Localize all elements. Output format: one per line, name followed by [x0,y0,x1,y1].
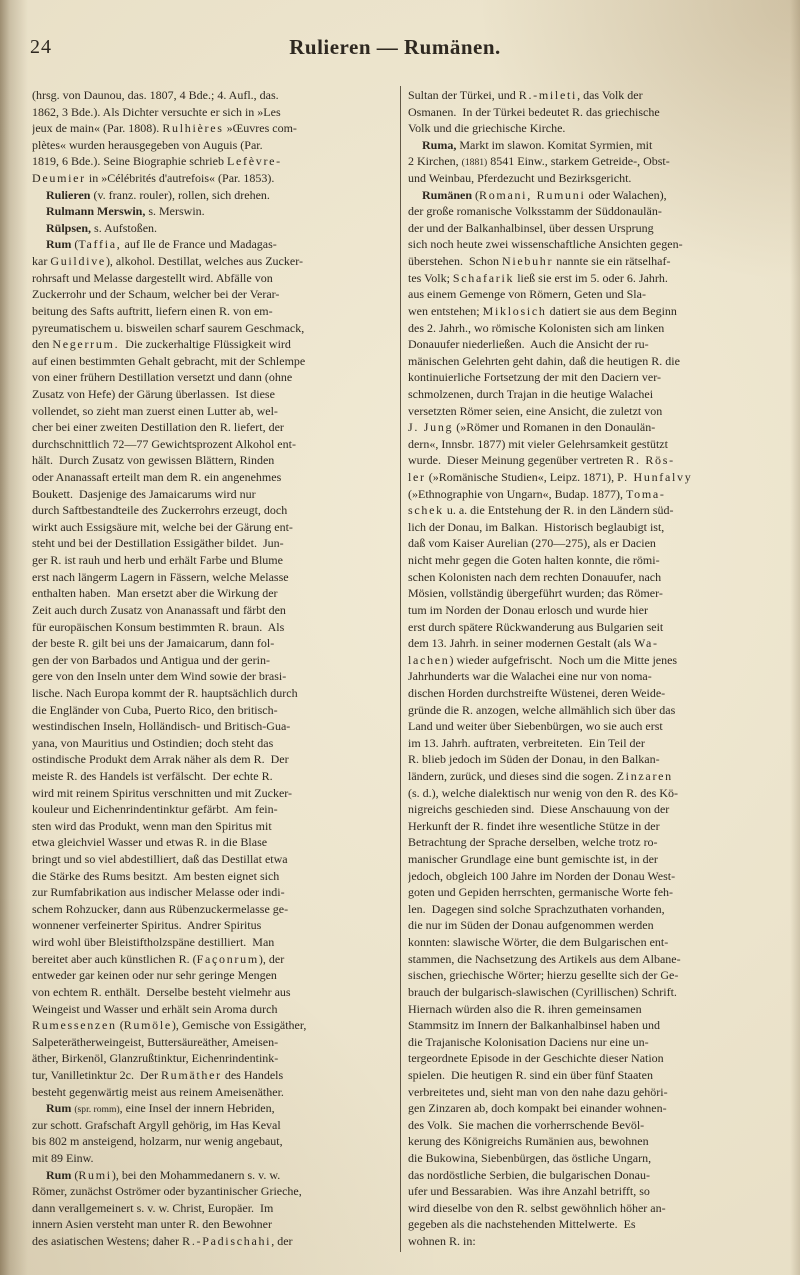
text-segment: schen Kolonisten nach dem rechten Donauu… [408,570,661,584]
text-line: von echtem R. enthält. Derselbe besteht … [32,984,398,1001]
text-line: der große romanische Volksstamm der Südd… [408,203,778,220]
text-segment: Die zuckerhaltige Flüssigkeit wird [119,337,291,351]
text-line: kerung des Königreichs Rumänien aus, bew… [408,1133,778,1150]
text-line: stammen, die Nachsetzung des Artikels au… [408,951,778,968]
text-segment: nigreichs geschieden sind. Diese Anschau… [408,802,669,816]
text-segment: ( [117,1018,124,1032]
text-segment: R. blieb jedoch im Süden der Donau, in d… [408,752,660,766]
text-segment: Volk und die griechische Kirche. [408,121,565,135]
text-segment: nicht mehr gegen die Goten halten konnte… [408,553,660,567]
text-segment: , das Volk der [577,88,643,102]
text-segment: vollendet, so zieht man zuerst einen Lut… [32,404,278,418]
text-line: nigreichs geschieden sind. Diese Anschau… [408,801,778,818]
text-segment: schem Rohzucker, dann aus Rübenzuckermel… [32,902,288,916]
text-line: Römer, zunächst Oströmer oder byzantinis… [32,1183,398,1200]
text-segment: oder Ananassaft erteilt man dem R. ein a… [32,470,281,484]
text-segment: J. Jung [408,420,453,434]
text-segment: gen Zinzaren ab, doch kompakt bei einand… [408,1101,667,1115]
text-line: wurde. Dieser Meinung gegenüber vertrete… [408,452,778,469]
text-line: im 13. Jahrh. auftraten, verbreiteten. E… [408,735,778,752]
text-line: besteht gegenwärtig meist aus reinem Ame… [32,1084,398,1101]
text-segment: für europäischen Konsum bestimmten R. br… [32,620,284,634]
text-segment: u. a. die Entstehung der R. in den Lände… [444,503,674,517]
text-line: manischer Grundlage eine bunt gemischte … [408,851,778,868]
text-segment: len. Dagegen sind solche Sprachzuthaten … [408,902,665,916]
text-line: Zuckerrohr und der Schaum, welcher bei d… [32,286,398,303]
text-segment: oder Walachen), [586,188,667,202]
text-segment: Rum [46,1101,71,1115]
text-line: Land und weiter über Siebenbürgen, wo si… [408,718,778,735]
text-line: die Bukowina, Siebenbürgen, das östliche… [408,1150,778,1167]
text-line: Jahrhunderts war die Walachei eine nur v… [408,668,778,685]
text-segment: wen entstehen; [408,304,483,318]
text-segment: Guildive [50,254,106,268]
text-line: gen der von Barbados und Antigua und der… [32,652,398,669]
text-segment: Boukett. Dasjenige des Jamaicarums wird … [32,487,256,501]
text-segment: schek [408,503,444,517]
text-segment: entweder gar keinen oder nur sehr gering… [32,968,277,982]
text-line: und Weinbau, Pferdezucht und Bezirksgeri… [408,170,778,187]
text-segment: versetzten Römer seien, eine Ansicht, di… [408,404,662,418]
text-line: der und der Balkanhalbinsel, über dessen… [408,220,778,237]
text-line: des Volk. Sie machen die vorherrschende … [408,1117,778,1134]
text-line: Weingeist und Wasser und erhält sein Aro… [32,1001,398,1018]
text-line: Zeit auch durch Zusatz von Ananassaft un… [32,602,398,619]
text-segment: ), Gemische von Essigäther, [172,1018,306,1032]
text-segment: Façonrum [197,952,259,966]
text-segment: konnten: slawische Wörter, die dem Bulga… [408,935,668,949]
text-segment: (»Romänische Studien«, Leipz. 1871), [426,470,617,484]
text-segment: innern Asien versteht man unter R. den B… [32,1217,272,1231]
text-segment: die Bukowina, Siebenbürgen, das östliche… [408,1151,651,1165]
text-segment: R.-Padischahi [182,1234,271,1248]
text-line: kar Guildive), alkohol. Destillat, welch… [32,253,398,270]
text-line: den Negerrum. Die zuckerhaltige Flüssigk… [32,336,398,353]
text-segment: Rumänen [422,188,472,202]
text-line: gere von den Inseln unter dem Wind sowie… [32,668,398,685]
text-segment: Stammsitz im Innern der Balkanhalbinsel … [408,1018,660,1032]
text-line: pyreumatischem u. bisweilen scharf saure… [32,320,398,337]
text-line: dem 13. Jahrh. in seiner modernen Gestal… [408,635,778,652]
text-line: J. Jung (»Römer und Romanen in den Donau… [408,419,778,436]
text-segment: wird wohl über Bleistiftholzspäne destil… [32,935,274,949]
text-segment: Zuckerrohr und der Schaum, welcher bei d… [32,287,279,301]
text-segment: lich der Donau, im Balkan. Historisch be… [408,520,664,534]
text-line: (s. d.), welche dialektisch nur wenig vo… [408,785,778,802]
text-segment: (»Ethnographie von Ungarn«, Budap. 1877)… [408,487,626,501]
text-segment: des asiatischen Westens; daher [32,1234,182,1248]
text-line: R. blieb jedoch im Süden der Donau, in d… [408,751,778,768]
text-segment: und Weinbau, Pferdezucht und Bezirksgeri… [408,171,631,185]
text-segment: ländern, zurück, und dieses sind die sog… [408,769,617,783]
text-segment: erst durch spätere Rückwanderung aus Bul… [408,620,663,634]
text-segment: Taffia, [78,237,121,251]
text-segment: zur schott. Grafschaft Argyll gehörig, i… [32,1118,281,1132]
text-segment: bis 802 m ansteigend, holzarm, nur wenig… [32,1134,283,1148]
text-segment: im 13. Jahrh. auftraten, verbreiteten. E… [408,736,645,750]
text-line: oder Ananassaft erteilt man dem R. ein a… [32,469,398,486]
text-segment: (»Römer und Romanen in den Donaulän- [453,420,655,434]
text-line: etwa gleichviel Wasser und etwas R. in d… [32,834,398,851]
text-line: schem Rohzucker, dann aus Rübenzuckermel… [32,901,398,918]
text-segment: Lefèvre- [227,154,282,168]
text-line: vollendet, so zieht man zuerst einen Lut… [32,403,398,420]
text-line: (»Ethnographie von Ungarn«, Budap. 1877)… [408,486,778,503]
text-segment: Römer, zunächst Oströmer oder byzantinis… [32,1184,302,1198]
text-segment: Weingeist und Wasser und erhält sein Aro… [32,1002,277,1016]
text-segment: Rulieren [46,188,90,202]
text-line: Zusatz von Hefe) der Gärung überlassen. … [32,386,398,403]
text-line: versetzten Römer seien, eine Ansicht, di… [408,403,778,420]
text-line: verbreitetes und, sieht man von den nahe… [408,1084,778,1101]
text-line: sischen, griechische Wörter; hierzu gese… [408,967,778,984]
text-segment: Niebuhr [502,254,553,268]
text-line: schek u. a. die Entstehung der R. in den… [408,502,778,519]
text-segment: tes Volk; [408,271,453,285]
text-segment: dischen Horden durchstreifte Wüstenei, d… [408,686,665,700]
text-segment: wird dieselbe von den R. selbst gewöhnli… [408,1201,666,1215]
text-segment: durch Saftbestandteile des Zuckerrohrs e… [32,503,287,517]
text-line: Hiernach würden also die R. ihren gemein… [408,1001,778,1018]
text-segment: ( [472,188,479,202]
text-line: sich noch heute zwei wissenschaftliche A… [408,236,778,253]
text-line: Volk und die griechische Kirche. [408,120,778,137]
text-segment: auf einen bestimmten Gehalt gebracht, mi… [32,354,305,368]
text-line: spielen. Die heutigen R. sind ein über f… [408,1067,778,1084]
text-segment: der und der Balkanhalbinsel, über dessen… [408,221,654,235]
text-line: Deumier in »Célébrités d'autrefois« (Par… [32,170,398,187]
text-segment: (v. franz. rouler), rollen, sich drehen. [90,188,269,202]
text-line: gen Zinzaren ab, doch kompakt bei einand… [408,1100,778,1117]
text-segment: Rum [46,237,71,251]
text-segment: kontinuierliche Fortsetzung der mit den … [408,370,661,384]
text-segment: den [32,337,52,351]
text-segment: bereitet aber auch künstlichen R. ( [32,952,197,966]
text-line: Rum (Taffia, auf Ile de France und Madag… [32,236,398,253]
text-line: Stammsitz im Innern der Balkanhalbinsel … [408,1017,778,1034]
text-line: Sultan der Türkei, und R.-mileti, das Vo… [408,87,778,104]
text-segment: tum im Norden der Donau erlosch und wurd… [408,603,648,617]
text-line: Rulmann Merswin, s. Merswin. [32,203,398,220]
text-line: westindischen Inseln, Holländisch- und B… [32,718,398,735]
text-segment: Zinzaren [617,769,673,783]
text-line: aus einem Gemenge von Römern, Geten und … [408,286,778,303]
text-segment: enthalten haben. Man ersetzt aber die Wi… [32,586,278,600]
running-title: Rulieren — Rumänen. [0,35,790,60]
text-segment: , eine Insel der innern Hebriden, [120,1101,275,1115]
text-segment: erst nach längerm Lagern in Fässern, wel… [32,570,289,584]
text-segment: wonnener verfeinerter Spiritus. Andrer S… [32,918,261,932]
text-line: Rulieren (v. franz. rouler), rollen, sic… [32,187,398,204]
text-line: ler (»Romänische Studien«, Leipz. 1871),… [408,469,778,486]
text-segment: sten wird das Produkt, wenn man den Spir… [32,819,272,833]
text-segment: gegeben als die nachstehenden Mittelwert… [408,1217,636,1231]
text-segment: Herkunft der R. findet ihre wesentliche … [408,819,660,833]
text-line: plètes« wurden herausgegeben von Auguis … [32,137,398,154]
text-line: wird dieselbe von den R. selbst gewöhnli… [408,1200,778,1217]
text-segment: Land und weiter über Siebenbürgen, wo si… [408,719,663,733]
text-segment: daß vom Kaiser Aurelian (270—275), als e… [408,536,656,550]
text-line: entweder gar keinen oder nur sehr gering… [32,967,398,984]
text-segment: überstehen. Schon [408,254,502,268]
text-segment: mänischen Gelehrten geht dahin, daß die … [408,354,680,368]
text-line: ger R. ist rauh und herb und erhält Farb… [32,552,398,569]
text-segment: ger R. ist rauh und herb und erhält Farb… [32,553,283,567]
text-segment: der beste R. gilt bei uns der Jamaicarum… [32,636,274,650]
text-line: Boukett. Dasjenige des Jamaicarums wird … [32,486,398,503]
text-segment: (s. d.), welche dialektisch nur wenig vo… [408,786,678,800]
text-segment: wirkt auch Essigsäure mit, welche bei de… [32,520,293,534]
text-segment: Markt im slawon. Komitat Syrmien, mit [456,138,652,152]
text-line: Ruma, Markt im slawon. Komitat Syrmien, … [408,137,778,154]
text-segment: von echtem R. enthält. Derselbe besteht … [32,985,291,999]
text-segment: Rumi [78,1168,111,1182]
text-line: nicht mehr gegen die Goten halten konnte… [408,552,778,569]
text-line: rohrsaft und Melasse dargestellt wird. A… [32,270,398,287]
text-line: yana, von Mauritius und Ostindien; doch … [32,735,398,752]
text-segment: die Engländer von Cuba, Puerto Rico, den… [32,703,278,717]
text-line: dern«, Innsbr. 1877) mit vieler Gelehrsa… [408,436,778,453]
text-segment: kerung des Königreichs Rumänien aus, bew… [408,1134,649,1148]
text-line: wird mit reinem Spiritus verschnitten un… [32,785,398,802]
text-line: brauch der bulgarisch-slawischen (Cyrill… [408,984,778,1001]
text-line: wirkt auch Essigsäure mit, welche bei de… [32,519,398,536]
text-segment: plètes« wurden herausgegeben von Auguis … [32,138,263,152]
text-segment: des 2. Jahrh., wo römische Kolonisten si… [408,321,664,335]
text-line: Betrachtung der Sprache derselben, welch… [408,834,778,851]
text-line: beitung des Safts auftritt, liefern eine… [32,303,398,320]
text-line: von einer frühern Destillation versetzt … [32,369,398,386]
text-segment: äther, Birkenöl, Glanzrußtinktur, Eichen… [32,1051,278,1065]
text-line: hält. Durch Zusatz von gewissen Blättern… [32,452,398,469]
text-segment: dem 13. Jahrh. in seiner modernen Gestal… [408,636,634,650]
text-segment: der große romanische Volksstamm der Südd… [408,204,662,218]
text-line: Rumessenzen (Rumöle), Gemische von Essig… [32,1017,398,1034]
text-segment: verbreitetes und, sieht man von den nahe… [408,1085,668,1099]
text-line: auf einen bestimmten Gehalt gebracht, mi… [32,353,398,370]
text-segment: Rumöle [124,1018,172,1032]
text-segment: des Volk. Sie machen die vorherrschende … [408,1118,644,1132]
text-segment: ließ sie erst im 5. oder 6. Jahrh. [514,271,668,285]
text-line: Rülpsen, s. Aufstoßen. [32,220,398,237]
text-line: Osmanen. In der Türkei bedeutet R. das g… [408,104,778,121]
text-line: innern Asien versteht man unter R. den B… [32,1216,398,1233]
text-line: bis 802 m ansteigend, holzarm, nur wenig… [32,1133,398,1150]
text-segment: mit 89 Einw. [32,1151,94,1165]
text-segment: ufer und Bessarabien. Was ihre Anzahl be… [408,1184,650,1198]
text-line: 1819, 6 Bde.). Seine Biographie schrieb … [32,153,398,170]
text-line: schen Kolonisten nach dem rechten Donauu… [408,569,778,586]
text-segment: ) wieder aufgefrischt. Noch um die Mitte… [450,653,678,667]
text-line: Donauufer niederließen. Auch die Ansicht… [408,336,778,353]
text-segment: rohrsaft und Melasse dargestellt wird. A… [32,271,273,285]
text-segment: beitung des Safts auftritt, liefern eine… [32,304,273,318]
text-line: durchschnittlich 72—77 Gewichtsprozent A… [32,436,398,453]
text-segment: die nur im Süden der Donau aufgenommen w… [408,918,654,932]
text-line: wird wohl über Bleistiftholzspäne destil… [32,934,398,951]
text-segment: s. Aufstoßen. [91,221,157,235]
text-line: wonnener verfeinerter Spiritus. Andrer S… [32,917,398,934]
text-segment: dern«, Innsbr. 1877) mit vieler Gelehrsa… [408,437,668,451]
text-segment: gere von den Inseln unter dem Wind sowie… [32,669,286,683]
text-segment: Rumäther [161,1068,222,1082]
text-segment: sich noch heute zwei wissenschaftliche A… [408,237,683,251]
text-line: (hrsg. von Daunou, das. 1807, 4 Bde.; 4.… [32,87,398,104]
text-segment: besteht gegenwärtig meist aus reinem Ame… [32,1085,284,1099]
text-segment: s. Merswin. [145,204,204,218]
text-line: die Stärke des Rums besitzt. Am besten e… [32,868,398,885]
text-line: Rumänen (Romani, Rumuni oder Walachen), [408,187,778,204]
text-line: durch Saftbestandteile des Zuckerrohrs e… [32,502,398,519]
text-segment: westindischen Inseln, Holländisch- und B… [32,719,290,733]
text-segment: hält. Durch Zusatz von gewissen Blättern… [32,453,274,467]
text-segment: lische. Nach Europa kommt der R. hauptsä… [32,686,298,700]
text-line: des asiatischen Westens; daher R.-Padisc… [32,1233,398,1250]
right-column: Sultan der Türkei, und R.-mileti, das Vo… [408,87,778,1250]
text-segment: wird mit reinem Spiritus verschnitten un… [32,786,292,800]
text-segment: ), bei den Mohammedanern s. v. w. [112,1168,280,1182]
text-segment: Betrachtung der Sprache derselben, welch… [408,835,658,849]
text-segment: 2 Kirchen, [408,154,462,168]
text-segment: Salpeterätherweingeist, Buttersäureäther… [32,1035,278,1049]
text-segment: die Stärke des Rums besitzt. Am besten e… [32,869,279,883]
text-segment: datiert sie aus dem Beginn [547,304,677,318]
text-line: daß vom Kaiser Aurelian (270—275), als e… [408,535,778,552]
text-segment: von einer frühern Destillation versetzt … [32,370,292,384]
text-segment: P. Hunfalvy [617,470,692,484]
text-segment: bringt und so viel abdestilliert, daß da… [32,852,288,866]
text-line: Herkunft der R. findet ihre wesentliche … [408,818,778,835]
text-line: 1862, 3 Bde.). Als Dichter versuchte er … [32,104,398,121]
text-line: ostindische Produkt dem Arrak näher als … [32,751,398,768]
text-segment: Romani, Rumuni [479,188,585,202]
text-segment: auf Ile de France und Madagas- [122,237,277,251]
text-segment: dann verallgemeinert s. v. w. Christ, Eu… [32,1201,273,1215]
text-line: kouleur und Eichenrindentinktur gefärbt.… [32,801,398,818]
text-segment: wohnen R. in: [408,1234,476,1248]
text-line: ländern, zurück, und dieses sind die sog… [408,768,778,785]
text-line: für europäischen Konsum bestimmten R. br… [32,619,398,636]
text-segment: manischer Grundlage eine bunt gemischte … [408,852,658,866]
text-segment: ler [408,470,426,484]
text-segment: die Trajanische Kolonisation Daciens nur… [408,1035,649,1049]
text-line: goten und Gepiden herrschten, germanisch… [408,884,778,901]
text-segment: aus einem Gemenge von Römern, Geten und … [408,287,646,301]
text-line: wen entstehen; Miklosich datiert sie aus… [408,303,778,320]
text-segment: lachen [408,653,450,667]
text-line: 2 Kirchen, (1881) 8541 Einw., starkem Ge… [408,153,778,170]
text-segment: , der [271,1234,292,1248]
text-line: kontinuierliche Fortsetzung der mit den … [408,369,778,386]
text-segment: Hiernach würden also die R. ihren gemein… [408,1002,642,1016]
text-line: Salpeterätherweingeist, Buttersäureäther… [32,1034,398,1051]
text-segment: ), der [259,952,284,966]
text-line: wohnen R. in: [408,1233,778,1250]
text-segment: Mösien, vollständig übergeführt wurden; … [408,586,663,600]
text-segment: pyreumatischem u. bisweilen scharf saure… [32,321,304,335]
text-line: mit 89 Einw. [32,1150,398,1167]
text-segment: etwa gleichviel Wasser und etwas R. in d… [32,835,267,849]
text-line: lich der Donau, im Balkan. Historisch be… [408,519,778,536]
text-segment: yana, von Mauritius und Ostindien; doch … [32,736,273,750]
text-segment: spielen. Die heutigen R. sind ein über f… [408,1068,653,1082]
text-line: gegeben als die nachstehenden Mittelwert… [408,1216,778,1233]
text-line: ufer und Bessarabien. Was ihre Anzahl be… [408,1183,778,1200]
text-segment: 8541 Einw., starkem Getreide-, Obst- [487,154,670,168]
text-segment: Zeit auch durch Zusatz von Ananassaft un… [32,603,286,617]
text-segment: R.-mileti [519,88,577,102]
text-line: die Trajanische Kolonisation Daciens nur… [408,1034,778,1051]
text-line: Rum (Rumi), bei den Mohammedanern s. v. … [32,1167,398,1184]
text-line: der beste R. gilt bei uns der Jamaicarum… [32,635,398,652]
text-segment: ), alkohol. Destillat, welches aus Zucke… [106,254,303,268]
text-line: konnten: slawische Wörter, die dem Bulga… [408,934,778,951]
text-segment: tur, Vanilletinktur 2c. Der [32,1068,161,1082]
text-line: lische. Nach Europa kommt der R. hauptsä… [32,685,398,702]
text-line: bereitet aber auch künstlichen R. (Façon… [32,951,398,968]
text-segment: gründe die R. anzogen, welche allmählich… [408,703,675,717]
text-line: zur Rumfabrikation aus indischer Melasse… [32,884,398,901]
text-line: die Engländer von Cuba, Puerto Rico, den… [32,702,398,719]
text-segment: jedoch, obgleich 100 Jahre im Norden der… [408,869,675,883]
text-segment: wurde. Dieser Meinung gegenüber vertrete… [408,453,626,467]
text-segment: zur Rumfabrikation aus indischer Melasse… [32,885,285,899]
text-line: dischen Horden durchstreifte Wüstenei, d… [408,685,778,702]
text-line: zur schott. Grafschaft Argyll gehörig, i… [32,1117,398,1134]
text-segment: Rülpsen, [46,221,91,235]
text-segment: Donauufer niederließen. Auch die Ansicht… [408,337,649,351]
text-segment: Jahrhunderts war die Walachei eine nur v… [408,669,652,683]
text-segment: Miklosich [483,304,547,318]
text-line: dann verallgemeinert s. v. w. Christ, Eu… [32,1200,398,1217]
text-segment: cher bei einer zweiten Destillation den … [32,420,284,434]
text-segment: kouleur und Eichenrindentinktur gefärbt.… [32,802,278,816]
text-line: tergeordnete Episode in der Geschichte d… [408,1050,778,1067]
text-segment: ostindische Produkt dem Arrak näher als … [32,752,289,766]
text-line: äther, Birkenöl, Glanzrußtinktur, Eichen… [32,1050,398,1067]
text-segment: Zusatz von Hefe) der Gärung überlassen. … [32,387,275,401]
text-line: len. Dagegen sind solche Sprachzuthaten … [408,901,778,918]
text-line: überstehen. Schon Niebuhr nannte sie ein… [408,253,778,270]
text-segment: stammen, die Nachsetzung des Artikels au… [408,952,681,966]
text-segment: des Handels [222,1068,283,1082]
text-line: bringt und so viel abdestilliert, daß da… [32,851,398,868]
text-line: tum im Norden der Donau erlosch und wurd… [408,602,778,619]
text-line: tes Volk; Schafarik ließ sie erst im 5. … [408,270,778,287]
text-line: steht und bei der Destillation Essigäthe… [32,535,398,552]
text-segment: Toma- [626,487,666,501]
text-line: jeux de main« (Par. 1808). Rulhières »Œu… [32,120,398,137]
text-segment: Osmanen. In der Türkei bedeutet R. das g… [408,105,660,119]
text-segment: Rumessenzen [32,1018,117,1032]
text-segment: Wa- [634,636,659,650]
text-line: erst durch spätere Rückwanderung aus Bul… [408,619,778,636]
text-line: schmolzenen, durch Trajan in die heutige… [408,386,778,403]
text-segment: meiste R. des Handels ist verfälscht. De… [32,769,273,783]
text-line: enthalten haben. Man ersetzt aber die Wi… [32,585,398,602]
text-segment: (spr. romm) [74,1104,119,1115]
text-segment: jeux de main« (Par. 1808). [32,121,162,135]
text-line: jedoch, obgleich 100 Jahre im Norden der… [408,868,778,885]
text-segment: Rum [46,1168,71,1182]
text-segment: Deumier [32,171,86,185]
text-segment: nannte sie ein rätselhaf- [553,254,670,268]
column-divider [400,86,401,1252]
text-segment: R. Rös- [626,453,675,467]
text-segment: »Œuvres com- [224,121,297,135]
text-segment: goten und Gepiden herrschten, germanisch… [408,885,673,899]
text-segment: das nordöstliche Serbien, die bulgarisch… [408,1168,650,1182]
